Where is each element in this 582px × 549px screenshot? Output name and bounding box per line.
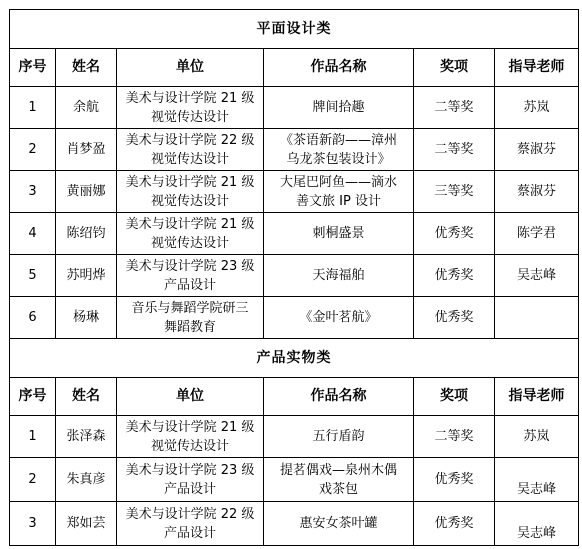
- unit-line: 美术与设计学院 22 级: [119, 131, 261, 150]
- cell-name: 朱真彦: [56, 458, 117, 502]
- table-row: 5 苏明烨 美术与设计学院 23 级产品设计 天海福舶 优秀奖 吴志峰: [10, 255, 579, 297]
- work-line: 刺桐盛景: [266, 224, 411, 243]
- work-line: 牌间拾趣: [266, 98, 411, 117]
- unit-line: 视觉传达设计: [119, 234, 261, 253]
- award-table: 平面设计类 序号 姓名 单位 作品名称 奖项 指导老师 1 余航 美术与设计学院…: [9, 9, 579, 546]
- unit-line: 舞蹈教育: [119, 318, 261, 337]
- table-row: 2 朱真彦 美术与设计学院 23 级产品设计 提茗偶戏—泉州木偶戏茶包 优秀奖 …: [10, 458, 579, 502]
- cell-unit: 美术与设计学院 21 级视觉传达设计: [117, 87, 264, 129]
- work-line: 乌龙茶包装设计》: [266, 150, 411, 169]
- cell-name: 郑如芸: [56, 502, 117, 546]
- unit-line: 视觉传达设计: [119, 150, 261, 169]
- cell-no: 2: [10, 129, 56, 171]
- section-title-graphic-design: 平面设计类: [10, 10, 579, 49]
- unit-line: 美术与设计学院 21 级: [119, 215, 261, 234]
- work-line: 善文旅 IP 设计: [266, 192, 411, 211]
- work-line: 《茶语新韵——漳州: [266, 131, 411, 150]
- cell-no: 1: [10, 87, 56, 129]
- cell-unit: 美术与设计学院 22 级视觉传达设计: [117, 129, 264, 171]
- cell-no: 1: [10, 416, 56, 458]
- cell-no: 6: [10, 297, 56, 339]
- cell-award: 优秀奖: [414, 458, 495, 502]
- header-work: 作品名称: [264, 378, 414, 416]
- cell-no: 2: [10, 458, 56, 502]
- unit-line: 美术与设计学院 23 级: [119, 461, 261, 480]
- section-title-row: 产品实物类: [10, 339, 579, 378]
- work-line: 戏茶包: [266, 480, 411, 499]
- cell-work: 刺桐盛景: [264, 213, 414, 255]
- header-work: 作品名称: [264, 49, 414, 87]
- table-row: 1 余航 美术与设计学院 21 级视觉传达设计 牌间拾趣 二等奖 苏岚: [10, 87, 579, 129]
- cell-teacher: 蔡淑芬: [495, 129, 579, 171]
- header-unit: 单位: [117, 378, 264, 416]
- unit-line: 视觉传达设计: [119, 108, 261, 127]
- cell-award: 三等奖: [414, 171, 495, 213]
- cell-award: 二等奖: [414, 416, 495, 458]
- table-row: 6 杨琳 音乐与舞蹈学院研三舞蹈教育 《金叶茗航》 优秀奖: [10, 297, 579, 339]
- table-row: 1 张泽森 美术与设计学院 21 级视觉传达设计 五行盾韵 二等奖 苏岚: [10, 416, 579, 458]
- unit-line: 美术与设计学院 23 级: [119, 257, 261, 276]
- work-line: 天海福舶: [266, 266, 411, 285]
- cell-name: 杨琳: [56, 297, 117, 339]
- cell-award: 优秀奖: [414, 297, 495, 339]
- header-no: 序号: [10, 378, 56, 416]
- table-row: 3 黄丽娜 美术与设计学院 21 级视觉传达设计 大尾巴阿鱼——滴水善文旅 IP…: [10, 171, 579, 213]
- table-row: 2 肖梦盈 美术与设计学院 22 级视觉传达设计 《茶语新韵——漳州乌龙茶包装设…: [10, 129, 579, 171]
- table-row: 3 郑如芸 美术与设计学院 22 级产品设计 惠安女茶叶罐 优秀奖 吴志峰: [10, 502, 579, 546]
- cell-work: 惠安女茶叶罐: [264, 502, 414, 546]
- work-line: 五行盾韵: [266, 427, 411, 446]
- section-title-row: 平面设计类: [10, 10, 579, 49]
- header-name: 姓名: [56, 378, 117, 416]
- cell-unit: 音乐与舞蹈学院研三舞蹈教育: [117, 297, 264, 339]
- cell-award: 优秀奖: [414, 213, 495, 255]
- cell-award: 二等奖: [414, 87, 495, 129]
- cell-no: 5: [10, 255, 56, 297]
- cell-unit: 美术与设计学院 23 级产品设计: [117, 458, 264, 502]
- header-award: 奖项: [414, 378, 495, 416]
- cell-teacher: [495, 297, 579, 339]
- cell-work: 《金叶茗航》: [264, 297, 414, 339]
- cell-work: 牌间拾趣: [264, 87, 414, 129]
- unit-line: 美术与设计学院 22 级: [119, 505, 261, 524]
- section-title-product: 产品实物类: [10, 339, 579, 378]
- cell-teacher: 苏岚: [495, 87, 579, 129]
- cell-unit: 美术与设计学院 21 级视觉传达设计: [117, 416, 264, 458]
- header-teacher: 指导老师: [495, 378, 579, 416]
- header-award: 奖项: [414, 49, 495, 87]
- cell-award: 优秀奖: [414, 502, 495, 546]
- cell-teacher: 吴志峰: [495, 502, 579, 546]
- cell-name: 苏明烨: [56, 255, 117, 297]
- cell-no: 4: [10, 213, 56, 255]
- cell-unit: 美术与设计学院 21 级视觉传达设计: [117, 213, 264, 255]
- cell-teacher: 吴志峰: [495, 458, 579, 502]
- work-line: 大尾巴阿鱼——滴水: [266, 173, 411, 192]
- cell-work: 天海福舶: [264, 255, 414, 297]
- header-row: 序号 姓名 单位 作品名称 奖项 指导老师: [10, 49, 579, 87]
- cell-unit: 美术与设计学院 23 级产品设计: [117, 255, 264, 297]
- cell-no: 3: [10, 171, 56, 213]
- cell-name: 余航: [56, 87, 117, 129]
- cell-teacher: 吴志峰: [495, 255, 579, 297]
- cell-work: 《茶语新韵——漳州乌龙茶包装设计》: [264, 129, 414, 171]
- table-row: 4 陈绍钧 美术与设计学院 21 级视觉传达设计 刺桐盛景 优秀奖 陈学君: [10, 213, 579, 255]
- unit-line: 美术与设计学院 21 级: [119, 418, 261, 437]
- header-unit: 单位: [117, 49, 264, 87]
- cell-award: 优秀奖: [414, 255, 495, 297]
- unit-line: 美术与设计学院 21 级: [119, 89, 261, 108]
- unit-line: 视觉传达设计: [119, 192, 261, 211]
- unit-line: 美术与设计学院 21 级: [119, 173, 261, 192]
- cell-award: 二等奖: [414, 129, 495, 171]
- work-line: 《金叶茗航》: [266, 308, 411, 327]
- header-name: 姓名: [56, 49, 117, 87]
- cell-work: 提茗偶戏—泉州木偶戏茶包: [264, 458, 414, 502]
- cell-unit: 美术与设计学院 21 级视觉传达设计: [117, 171, 264, 213]
- cell-teacher: 蔡淑芬: [495, 171, 579, 213]
- work-line: 提茗偶戏—泉州木偶: [266, 461, 411, 480]
- cell-name: 肖梦盈: [56, 129, 117, 171]
- work-line: 惠安女茶叶罐: [266, 514, 411, 533]
- unit-line: 产品设计: [119, 276, 261, 295]
- cell-unit: 美术与设计学院 22 级产品设计: [117, 502, 264, 546]
- cell-name: 张泽森: [56, 416, 117, 458]
- cell-no: 3: [10, 502, 56, 546]
- cell-work: 大尾巴阿鱼——滴水善文旅 IP 设计: [264, 171, 414, 213]
- unit-line: 视觉传达设计: [119, 437, 261, 456]
- header-teacher: 指导老师: [495, 49, 579, 87]
- cell-teacher: 陈学君: [495, 213, 579, 255]
- cell-work: 五行盾韵: [264, 416, 414, 458]
- cell-teacher: 苏岚: [495, 416, 579, 458]
- cell-name: 黄丽娜: [56, 171, 117, 213]
- header-row: 序号 姓名 单位 作品名称 奖项 指导老师: [10, 378, 579, 416]
- unit-line: 产品设计: [119, 480, 261, 499]
- header-no: 序号: [10, 49, 56, 87]
- unit-line: 音乐与舞蹈学院研三: [119, 299, 261, 318]
- cell-name: 陈绍钧: [56, 213, 117, 255]
- unit-line: 产品设计: [119, 524, 261, 543]
